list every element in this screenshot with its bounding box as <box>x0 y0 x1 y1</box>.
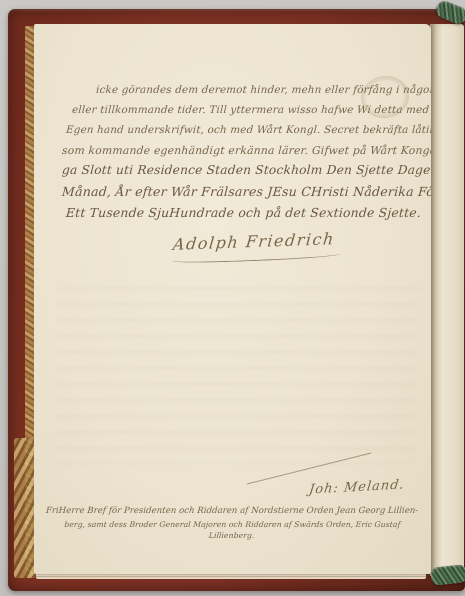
docket-line: berg, samt dess Broder General Majoren o… <box>41 519 423 541</box>
manuscript-body-text: icke görandes dem deremot hinder, mehn e… <box>62 84 428 226</box>
docket-caption: FriHerre Bref för Presidenten och Riddar… <box>42 506 422 541</box>
facing-pages-fore-edge <box>430 24 464 576</box>
ink-bleed-through-ghost <box>53 274 420 464</box>
body-line: Ett Tusende SjuHundrade och på det Sexti… <box>62 206 429 219</box>
docket-line: FriHerre Bref för Presidenten och Riddar… <box>42 506 423 517</box>
royal-signature: Adolph Friedrich <box>163 229 345 254</box>
manuscript-page: icke görandes dem deremot hinder, mehn e… <box>34 24 431 574</box>
photo-background: icke görandes dem deremot hinder, mehn e… <box>0 0 465 596</box>
gilt-marbled-corner <box>14 438 36 578</box>
body-line: Månad, År efter Wår Frälsares JEsu CHris… <box>62 185 429 198</box>
body-line: eller tillkommande tider. Till yttermera… <box>62 104 429 117</box>
body-line: ga Slott uti Residence Staden Stockholm … <box>62 164 429 177</box>
body-line: Egen hand underskrifwit, och med Wårt Ko… <box>62 124 429 137</box>
counter-signature: Joh: Meland. <box>308 477 405 497</box>
body-line: som kommande egenhändigt erkänna lärer. … <box>62 144 429 157</box>
bottom-green-braided-clasp <box>430 564 465 586</box>
body-line: icke görandes dem deremot hinder, mehn e… <box>62 84 429 97</box>
